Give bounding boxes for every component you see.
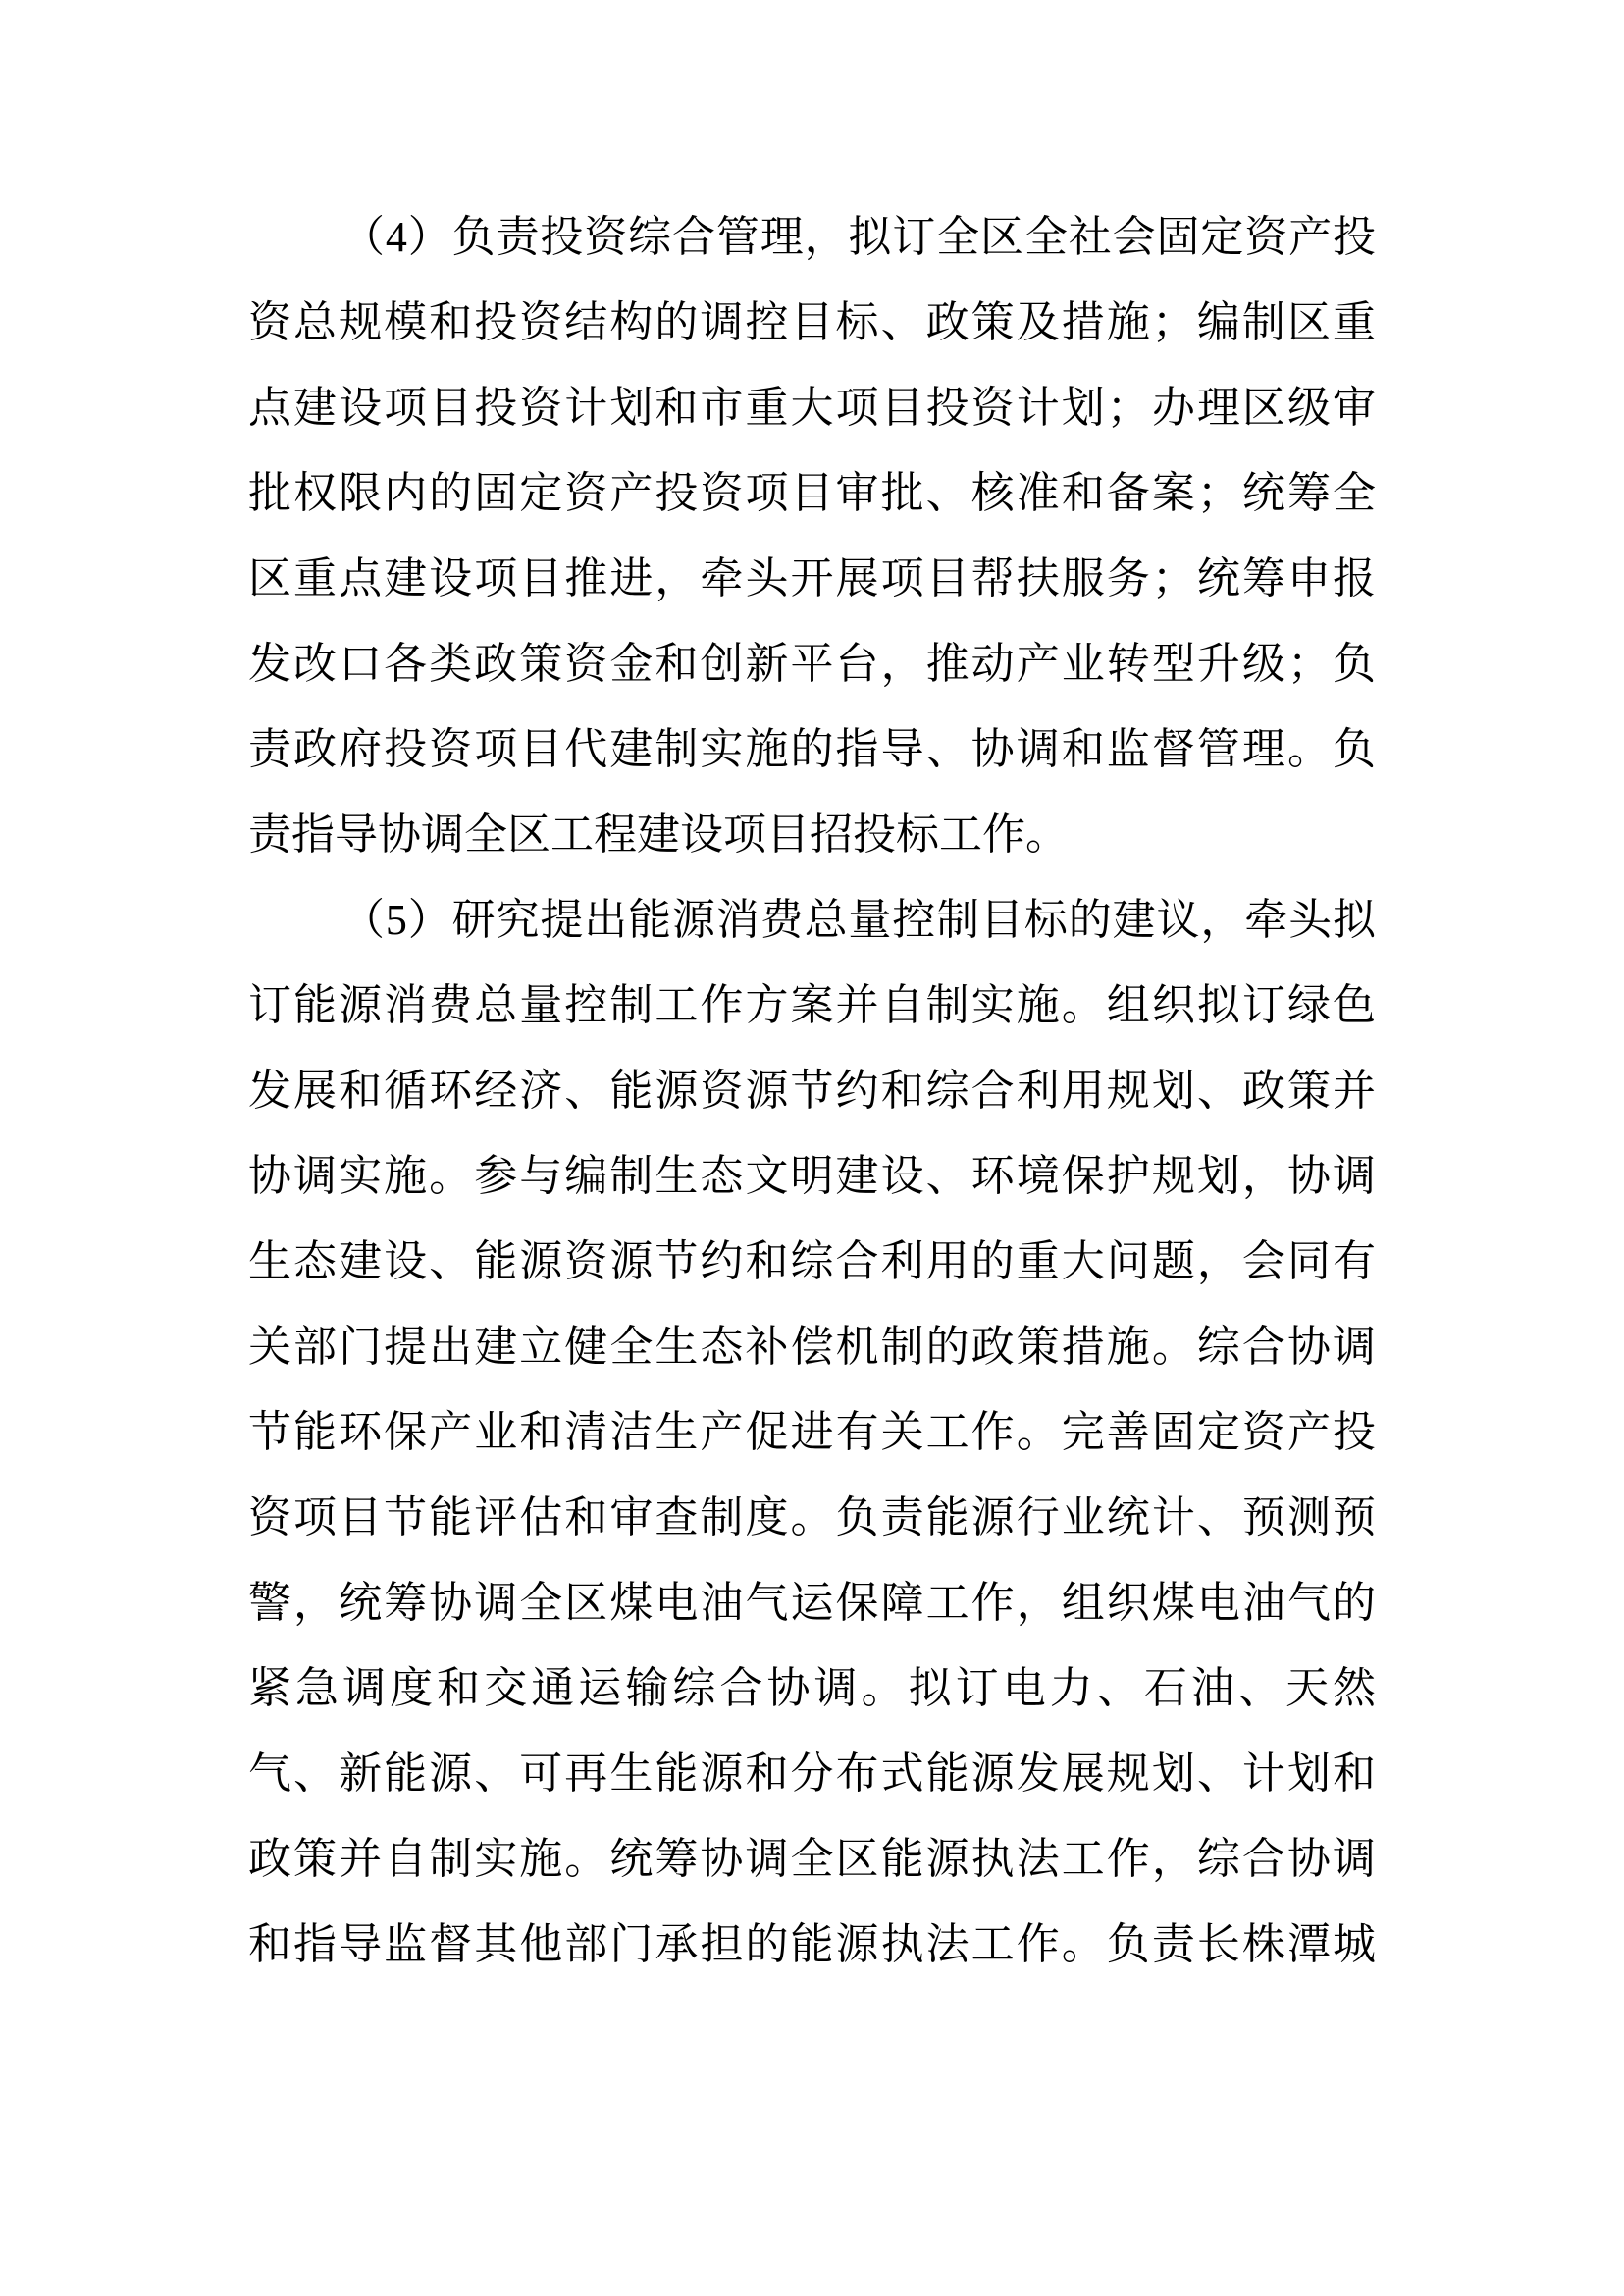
para-5-line-13: 和指导监督其他部门承担的能源执法工作。负责长株潭城 <box>248 1902 1376 1987</box>
text-block: （4）负责投资综合管理，拟订全区全社会固定资产投 资总规模和投资结构的调控目标、… <box>248 194 1376 1987</box>
document-page: （4）负责投资综合管理，拟订全区全社会固定资产投 资总规模和投资结构的调控目标、… <box>0 0 1624 2296</box>
para-5-line-7: 节能环保产业和清洁生产促进有关工作。完善固定资产投 <box>248 1389 1376 1475</box>
para-5-line-6: 关部门提出建立健全生态补偿机制的政策措施。综合协调 <box>248 1304 1376 1389</box>
para-4-line-4: 批权限内的固定资产投资项目审批、核准和备案；统筹全 <box>248 450 1376 536</box>
para-5-line-9: 警，统筹协调全区煤电油气运保障工作，组织煤电油气的 <box>248 1560 1376 1645</box>
para-5-line-2: 订能源消费总量控制工作方案并自制实施。组织拟订绿色 <box>248 963 1376 1048</box>
para-5-line-3: 发展和循环经济、能源资源节约和综合利用规划、政策并 <box>248 1048 1376 1133</box>
para-5-line-10: 紧急调度和交通运输综合协调。拟订电力、石油、天然 <box>248 1645 1376 1731</box>
para-4-line-7: 责政府投资项目代建制实施的指导、协调和监督管理。负 <box>248 706 1376 792</box>
para-4-line-3: 点建设项目投资计划和市重大项目投资计划；办理区级审 <box>248 365 1376 450</box>
para-4-line-8: 责指导协调全区工程建设项目招投标工作。 <box>248 792 1376 877</box>
para-5-line-1: （5）研究提出能源消费总量控制目标的建议，牵头拟 <box>248 877 1376 963</box>
para-5-line-11: 气、新能源、可再生能源和分布式能源发展规划、计划和 <box>248 1731 1376 1816</box>
para-5-line-5: 生态建设、能源资源节约和综合利用的重大问题，会同有 <box>248 1219 1376 1304</box>
para-5-line-8: 资项目节能评估和审查制度。负责能源行业统计、预测预 <box>248 1475 1376 1560</box>
para-5-line-4: 协调实施。参与编制生态文明建设、环境保护规划，协调 <box>248 1133 1376 1219</box>
para-4-line-6: 发改口各类政策资金和创新平台，推动产业转型升级；负 <box>248 621 1376 706</box>
para-4-line-2: 资总规模和投资结构的调控目标、政策及措施；编制区重 <box>248 280 1376 365</box>
para-4-line-1: （4）负责投资综合管理，拟订全区全社会固定资产投 <box>248 194 1376 280</box>
para-5-line-12: 政策并自制实施。统筹协调全区能源执法工作，综合协调 <box>248 1816 1376 1902</box>
para-4-line-5: 区重点建设项目推进，牵头开展项目帮扶服务；统筹申报 <box>248 536 1376 621</box>
